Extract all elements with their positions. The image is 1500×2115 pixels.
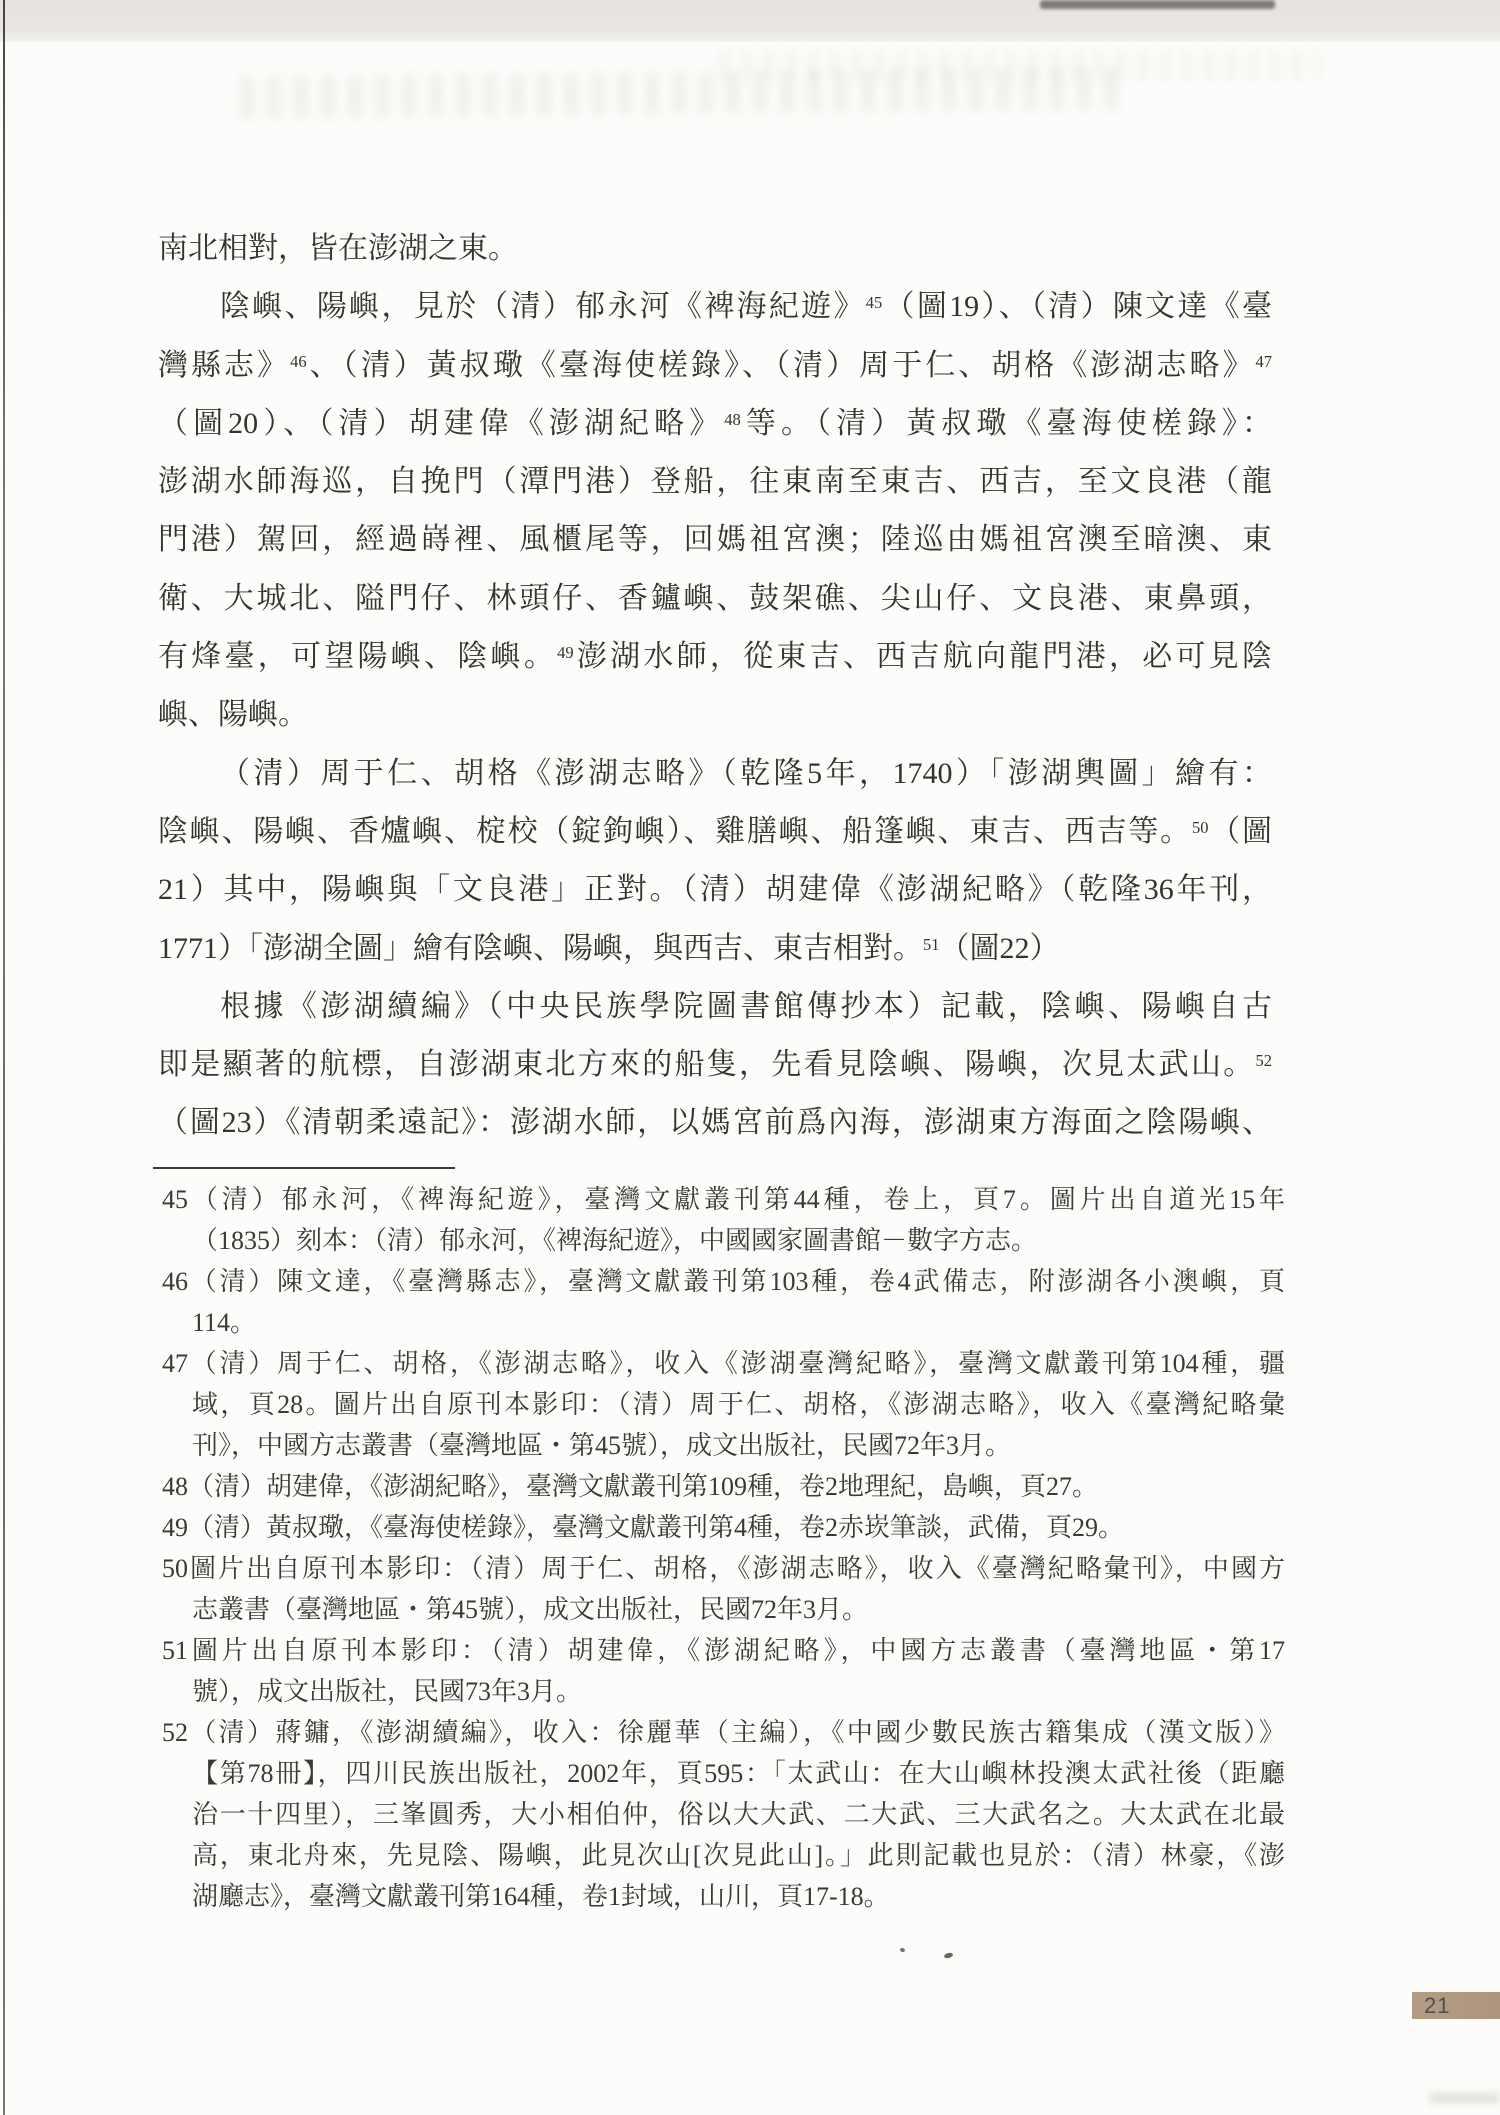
scanned-page: { "document": { "page_number": "21", "ta… xyxy=(0,0,1500,2115)
footnote-reference: 45 xyxy=(866,293,883,312)
text-line: 47（清）周于仁、胡格，《澎湖志略》，收入《澎湖臺灣紀略》，臺灣文獻叢刊第104… xyxy=(162,1343,1285,1384)
text-run: 志叢書（臺灣地區・第45號），成文出版社，民國72年3月。 xyxy=(192,1595,868,1624)
text-run: 門港）駕回，經過嵵裡、風櫃尾等，回媽祖宮澳；陸巡由媽祖宮澳至暗澳、東 xyxy=(158,523,1272,556)
text-run: 47（清）周于仁、胡格，《澎湖志略》，收入《澎湖臺灣紀略》，臺灣文獻叢刊第104… xyxy=(162,1349,1285,1378)
text-run: （圖 xyxy=(1208,815,1272,848)
footnote-separator xyxy=(153,1167,455,1169)
text-line: 湖廳志》，臺灣文獻叢刊第164種，卷1封域，山川，頁17-18。 xyxy=(162,1876,1285,1917)
text-line: 刊》，中國方志叢書（臺灣地區・第45號），成文出版社，民國72年3月。 xyxy=(162,1425,1285,1466)
footnote-reference: 49 xyxy=(557,643,574,662)
text-line: 49（清）黃叔璥，《臺海使槎錄》，臺灣文獻叢刊第4種，卷2赤崁筆談，武備，頁29… xyxy=(162,1507,1285,1548)
text-run: （1835）刻本：（清）郁永河，《裨海紀遊》，中國國家圖書館－數字方志。 xyxy=(192,1226,1037,1255)
text-run: 50圖片出自原刊本影印：（清）周于仁、胡格，《澎湖志略》，收入《臺灣紀略彙刊》，… xyxy=(162,1554,1285,1583)
text-run: （圖19）、（清）陳文達《臺 xyxy=(882,290,1272,323)
text-run: 根據《澎湖續編》（中央民族學院圖書館傳抄本）記載，陰嶼、陽嶼自古 xyxy=(220,990,1272,1023)
text-run: 【第78冊】，四川民族出版社，2002年，頁595：「太武山：在大山嶼林投澳太武… xyxy=(192,1759,1285,1788)
text-line: （1835）刻本：（清）郁永河，《裨海紀遊》，中國國家圖書館－數字方志。 xyxy=(162,1220,1285,1261)
text-run: 、（清）黃叔璥《臺海使槎錄》、（清）周于仁、胡格《澎湖志略》 xyxy=(307,349,1256,382)
body-text: 南北相對，皆在澎湖之東。陰嶼、陽嶼，見於（清）郁永河《裨海紀遊》45（圖19）、… xyxy=(158,220,1272,1153)
scan-top-band xyxy=(0,0,1500,42)
footnote-text: 45（清）郁永河，《裨海紀遊》，臺灣文獻叢刊第44種，卷上，頁7。圖片出自道光1… xyxy=(162,1179,1285,1917)
text-run: 陰嶼、陽嶼，見於（清）郁永河《裨海紀遊》 xyxy=(220,290,866,323)
text-line: 46（清）陳文達，《臺灣縣志》，臺灣文獻叢刊第103種，卷4武備志，附澎湖各小澳… xyxy=(162,1261,1285,1302)
text-run: 號），成文出版社，民國73年3月。 xyxy=(192,1677,582,1706)
text-line: 門港）駕回，經過嵵裡、風櫃尾等，回媽祖宮澳；陸巡由媽祖宮澳至暗澳、東 xyxy=(158,511,1272,569)
text-line: 域，頁28。圖片出自原刊本影印：（清）周于仁、胡格，《澎湖志略》，收入《臺灣紀略… xyxy=(162,1384,1285,1425)
text-line: 根據《澎湖續編》（中央民族學院圖書館傳抄本）記載，陰嶼、陽嶼自古 xyxy=(158,978,1272,1036)
text-run: 衛、大城北、隘門仔、林頭仔、香鑪嶼、鼓架礁、尖山仔、文良港、東鼻頭， xyxy=(158,582,1272,615)
page-number-tab: 21 xyxy=(1412,1992,1500,2019)
scan-speck xyxy=(944,1952,954,1959)
text-run: 南北相對，皆在澎湖之東。 xyxy=(158,232,518,265)
text-run: 52（清）蔣鏞，《澎湖續編》，收入：徐麗華（主編），《中國少數民族古籍集成（漢文… xyxy=(162,1718,1285,1747)
footnote-reference: 52 xyxy=(1256,1051,1273,1070)
text-line: 嶼、陽嶼。 xyxy=(158,686,1272,744)
text-run: 域，頁28。圖片出自原刊本影印：（清）周于仁、胡格，《澎湖志略》，收入《臺灣紀略… xyxy=(192,1390,1285,1419)
text-run: 51圖片出自原刊本影印：（清）胡建偉，《澎湖紀略》，中國方志叢書（臺灣地區・第1… xyxy=(162,1636,1285,1665)
text-line: 陰嶼、陽嶼，見於（清）郁永河《裨海紀遊》45（圖19）、（清）陳文達《臺 xyxy=(158,278,1272,336)
scan-edge-line xyxy=(3,0,5,2115)
text-line: 114。 xyxy=(162,1302,1285,1343)
text-run: 114。 xyxy=(192,1308,256,1337)
footnote-reference: 51 xyxy=(923,935,940,954)
text-line: 48（清）胡建偉，《澎湖紀略》，臺灣文獻叢刊第109種，卷2地理紀，島嶼，頁27… xyxy=(162,1466,1285,1507)
text-line: 灣縣志》46、（清）黃叔璥《臺海使槎錄》、（清）周于仁、胡格《澎湖志略》47 xyxy=(158,337,1272,395)
text-run: 灣縣志》 xyxy=(158,349,290,382)
text-run: 湖廳志》，臺灣文獻叢刊第164種，卷1封域，山川，頁17-18。 xyxy=(192,1882,890,1911)
footnote-reference: 50 xyxy=(1192,818,1209,837)
text-line: 21）其中，陽嶼與「文良港」正對。（清）胡建偉《澎湖紀略》（乾隆36年刊， xyxy=(158,861,1272,919)
text-run: 有烽臺，可望陽嶼、陰嶼。 xyxy=(158,640,557,673)
text-line: 志叢書（臺灣地區・第45號），成文出版社，民國72年3月。 xyxy=(162,1589,1285,1630)
text-run: （清）周于仁、胡格《澎湖志略》（乾隆5年，1740）「澎湖輿圖」繪有： xyxy=(220,757,1272,790)
text-run: 21）其中，陽嶼與「文良港」正對。（清）胡建偉《澎湖紀略》（乾隆36年刊， xyxy=(158,873,1272,906)
text-run: 等。（清）黃叔璥《臺海使槎錄》： xyxy=(741,407,1272,440)
text-run: 46（清）陳文達，《臺灣縣志》，臺灣文獻叢刊第103種，卷4武備志，附澎湖各小澳… xyxy=(162,1267,1285,1296)
scan-smudge-artifact xyxy=(1040,0,1275,9)
text-line: 1771）「澎湖全圖」繪有陰嶼、陽嶼，與西吉、東吉相對。51（圖22） xyxy=(158,920,1272,978)
text-line: 52（清）蔣鏞，《澎湖續編》，收入：徐麗華（主編），《中國少數民族古籍集成（漢文… xyxy=(162,1712,1285,1753)
text-line: 號），成文出版社，民國73年3月。 xyxy=(162,1671,1285,1712)
text-line: 50圖片出自原刊本影印：（清）周于仁、胡格，《澎湖志略》，收入《臺灣紀略彙刊》，… xyxy=(162,1548,1285,1589)
text-run: （圖20）、（清）胡建偉《澎湖紀略》 xyxy=(158,407,724,440)
text-line: 有烽臺，可望陽嶼、陰嶼。49澎湖水師，從東吉、西吉航向龍門港，必可見陰 xyxy=(158,628,1272,686)
text-run: 澎湖水師，從東吉、西吉航向龍門港，必可見陰 xyxy=(574,640,1272,673)
scan-smudge-artifact xyxy=(1430,2093,1500,2103)
text-line: 51圖片出自原刊本影印：（清）胡建偉，《澎湖紀略》，中國方志叢書（臺灣地區・第1… xyxy=(162,1630,1285,1671)
scan-speck xyxy=(899,1947,905,1952)
text-line: 治一十四里），三峯圓秀，大小相伯仲，俗以大大武、二大武、三大武名之。大太武在北最 xyxy=(162,1794,1285,1835)
text-run: 49（清）黃叔璥，《臺海使槎錄》，臺灣文獻叢刊第4種，卷2赤崁筆談，武備，頁29… xyxy=(162,1513,1124,1542)
text-line: （圖20）、（清）胡建偉《澎湖紀略》48等。（清）黃叔璥《臺海使槎錄》： xyxy=(158,395,1272,453)
text-line: 南北相對，皆在澎湖之東。 xyxy=(158,220,1272,278)
text-run: 即是顯著的航標，自澎湖東北方來的船隻，先看見陰嶼、陽嶼，次見太武山。 xyxy=(158,1048,1256,1081)
footnote-reference: 48 xyxy=(724,410,741,429)
text-run: 嶼、陽嶼。 xyxy=(158,698,308,731)
text-line: 澎湖水師海巡，自挽門（潭門港）登船，往東南至東吉、西吉，至文良港（龍 xyxy=(158,453,1272,511)
text-line: 45（清）郁永河，《裨海紀遊》，臺灣文獻叢刊第44種，卷上，頁7。圖片出自道光1… xyxy=(162,1179,1285,1220)
footnote-reference: 46 xyxy=(290,352,307,371)
text-run: （圖23）《清朝柔遠記》：澎湖水師，以媽宮前爲內海，澎湖東方海面之陰陽嶼、 xyxy=(158,1106,1272,1139)
footnote-reference: 47 xyxy=(1256,352,1272,371)
text-line: 高，東北舟來，先見陰、陽嶼，此見次山[次見此山]。」此則記載也見於：（清）林豪，… xyxy=(162,1835,1285,1876)
text-run: 陰嶼、陽嶼、香爐嶼、椗校（錠鉤嶼）、雞膳嶼、船篷嶼、東吉、西吉等。 xyxy=(158,815,1192,848)
page-number: 21 xyxy=(1412,1993,1450,2019)
text-line: （清）周于仁、胡格《澎湖志略》（乾隆5年，1740）「澎湖輿圖」繪有： xyxy=(158,745,1272,803)
text-line: 衛、大城北、隘門仔、林頭仔、香鑪嶼、鼓架礁、尖山仔、文良港、東鼻頭， xyxy=(158,570,1272,628)
text-run: 治一十四里），三峯圓秀，大小相伯仲，俗以大大武、二大武、三大武名之。大太武在北最 xyxy=(192,1800,1285,1829)
text-run: 48（清）胡建偉，《澎湖紀略》，臺灣文獻叢刊第109種，卷2地理紀，島嶼，頁27… xyxy=(162,1472,1098,1501)
text-line: 【第78冊】，四川民族出版社，2002年，頁595：「太武山：在大山嶼林投澳太武… xyxy=(162,1753,1285,1794)
text-run: 澎湖水師海巡，自挽門（潭門港）登船，往東南至東吉、西吉，至文良港（龍 xyxy=(158,465,1272,498)
bleedthrough-text-artifact xyxy=(720,50,1320,80)
text-line: （圖23）《清朝柔遠記》：澎湖水師，以媽宮前爲內海，澎湖東方海面之陰陽嶼、 xyxy=(158,1094,1272,1152)
text-run: 高，東北舟來，先見陰、陽嶼，此見次山[次見此山]。」此則記載也見於：（清）林豪，… xyxy=(192,1841,1285,1870)
text-run: 1771）「澎湖全圖」繪有陰嶼、陽嶼，與西吉、東吉相對。 xyxy=(158,932,923,965)
text-line: 即是顯著的航標，自澎湖東北方來的船隻，先看見陰嶼、陽嶼，次見太武山。52 xyxy=(158,1036,1272,1094)
text-run: 45（清）郁永河，《裨海紀遊》，臺灣文獻叢刊第44種，卷上，頁7。圖片出自道光1… xyxy=(162,1185,1285,1214)
text-line: 陰嶼、陽嶼、香爐嶼、椗校（錠鉤嶼）、雞膳嶼、船篷嶼、東吉、西吉等。50（圖 xyxy=(158,803,1272,861)
text-run: 刊》，中國方志叢書（臺灣地區・第45號），成文出版社，民國72年3月。 xyxy=(192,1431,1011,1460)
text-run: （圖22） xyxy=(940,932,1060,965)
